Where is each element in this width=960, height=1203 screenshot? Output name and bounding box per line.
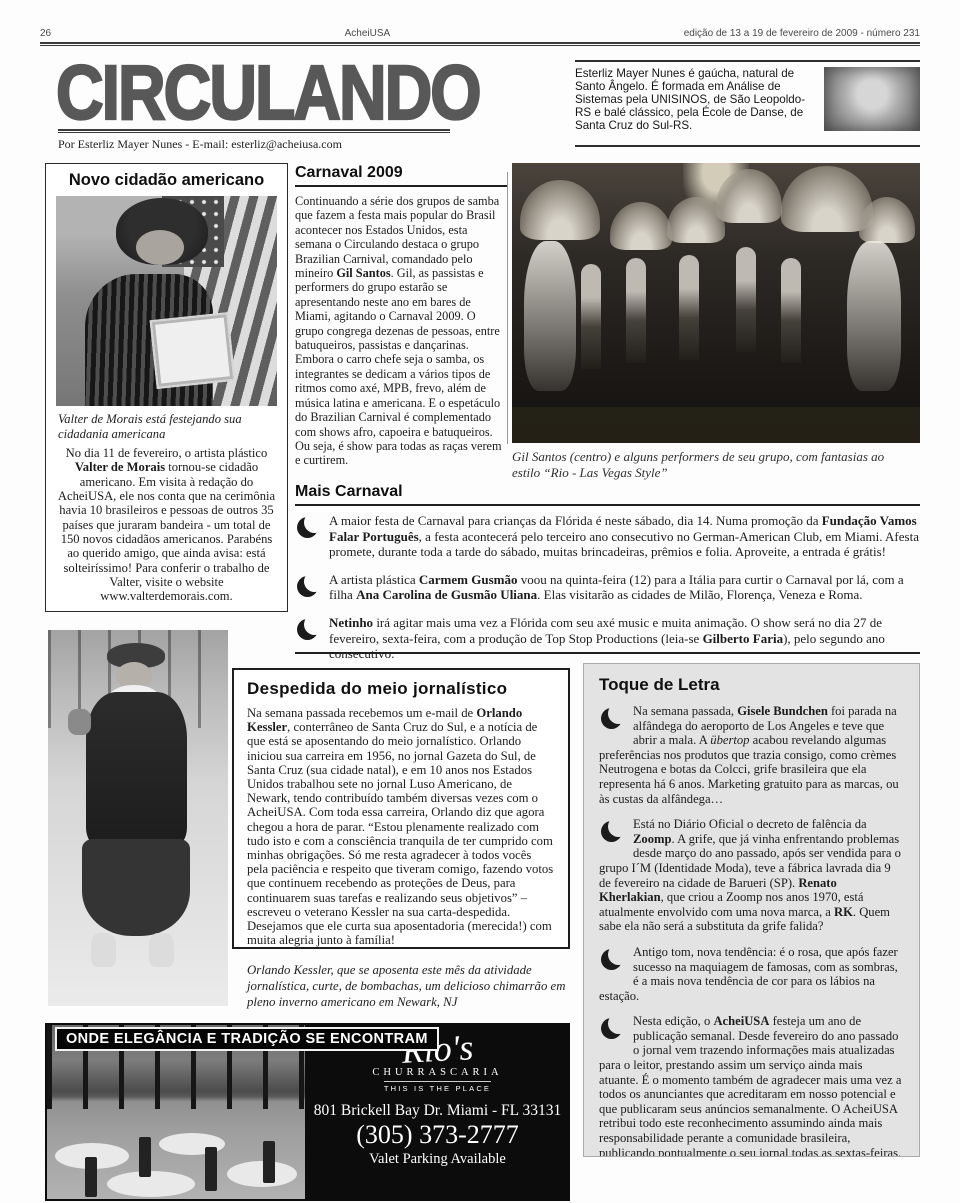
bio-rule-top	[575, 60, 920, 62]
citizenship-certificate	[150, 312, 236, 389]
folio-rule	[40, 42, 920, 46]
performer-cape	[847, 241, 901, 391]
boot	[149, 933, 174, 967]
esterliz-photo	[824, 67, 920, 131]
author-bio: Esterliz Mayer Nunes é gaúcha, natural d…	[575, 67, 821, 132]
crescent-moon-icon	[296, 617, 323, 647]
crescent-moon-icon	[600, 706, 627, 736]
folio-strip: 26 AcheiUSA edição de 13 a 19 de feverei…	[40, 28, 920, 39]
rios-churrascaria-ad: ONDE ELEGÂNCIA E TRADIÇÃO SE ENCONTRAM R…	[45, 1023, 570, 1201]
masthead-name: AcheiUSA	[345, 28, 391, 39]
kessler-photo	[48, 630, 228, 1006]
dark-coat	[86, 692, 187, 846]
chair	[139, 1137, 151, 1177]
carnaval-2009-title: Carnaval 2009	[295, 164, 507, 182]
despedida-body: Na semana passada recebemos um e-mail de…	[247, 706, 555, 947]
crescent-moon-icon	[600, 1016, 627, 1046]
performer-silhouette	[736, 247, 756, 352]
bombachas-pants	[82, 839, 190, 937]
dining-table	[227, 1161, 297, 1187]
bio-rule-bottom	[575, 145, 920, 147]
person-face	[136, 230, 185, 266]
title-rule	[58, 129, 450, 133]
page-number: 26	[40, 28, 51, 39]
column-title: CIRCULANDO	[56, 48, 480, 136]
mais-carnaval-title: Mais Carnaval	[295, 483, 920, 501]
novo-cidadao-box: Novo cidadão americano Valter de Morais …	[45, 163, 288, 612]
news-item: Nesta edição, o AcheiUSA festeja um ano …	[599, 1014, 904, 1157]
toque-de-letra-title: Toque de Letra	[599, 675, 904, 695]
ad-phone: (305) 373-2777	[305, 1120, 570, 1150]
feather-headdress	[610, 202, 672, 250]
crescent-moon-icon	[600, 947, 627, 977]
news-item: Está no Diário Oficial o decreto de falê…	[599, 817, 904, 934]
mais-carnaval-section: Mais Carnaval A maior festa de Carnaval …	[295, 483, 920, 674]
toque-de-letra-box: Toque de Letra Na semana passada, Gisele…	[583, 663, 920, 1157]
novo-cidadao-title: Novo cidadão americano	[52, 171, 281, 190]
dining-table	[107, 1171, 195, 1197]
crescent-moon-icon	[296, 574, 323, 604]
carnival-photo	[512, 163, 920, 443]
valter-photo	[56, 196, 277, 406]
chair	[85, 1157, 97, 1197]
ad-banner: ONDE ELEGÂNCIA E TRADIÇÃO SE ENCONTRAM	[55, 1027, 439, 1051]
performer-silhouette	[626, 258, 646, 363]
novo-cidadao-body: No dia 11 de fevereiro, o artista plásti…	[55, 446, 278, 603]
news-item: Na semana passada, Gisele Bundchen foi p…	[599, 704, 904, 806]
valter-photo-caption: Valter de Morais está festejando sua cid…	[58, 412, 275, 441]
boot	[91, 933, 116, 967]
despedida-title: Despedida do meio jornalístico	[247, 679, 555, 699]
news-item: Netinho irá agitar mais uma vez a Flórid…	[295, 615, 920, 662]
chair	[205, 1147, 217, 1191]
feather-headdress	[520, 180, 600, 240]
performer-silhouette	[781, 258, 801, 363]
crescent-moon-icon	[600, 819, 627, 849]
newspaper-page: 26 AcheiUSA edição de 13 a 19 de feverei…	[0, 0, 960, 1203]
carnaval-2009-body: Continuando a série dos grupos de samba …	[295, 194, 507, 468]
carnaval-2009-heading-row: Carnaval 2009	[295, 164, 507, 187]
news-item: Antigo tom, nova tendência: é o rosa, qu…	[599, 945, 904, 1003]
carnaval-2009-section: Carnaval 2009 Continuando a série dos gr…	[295, 164, 507, 468]
section-rule	[295, 652, 920, 654]
edition-info: edição de 13 a 19 de fevereiro de 2009 -…	[684, 28, 920, 39]
despedida-box: Despedida do meio jornalístico Na semana…	[232, 668, 570, 949]
performer-cape	[524, 241, 576, 391]
news-item: A artista plástica Carmem Gusmão voou na…	[295, 572, 920, 603]
column-divider	[507, 172, 508, 444]
rios-tagline: THIS IS THE PLACE	[384, 1081, 491, 1093]
performer-silhouette	[679, 255, 699, 360]
chair	[263, 1141, 275, 1183]
byline: Por Esterliz Mayer Nunes - E-mail: ester…	[58, 137, 342, 152]
chimarrao-gourd	[68, 709, 91, 735]
mais-carnaval-heading-row: Mais Carnaval	[295, 483, 920, 506]
news-item: A maior festa de Carnaval para crianças …	[295, 513, 920, 560]
kessler-photo-caption: Orlando Kessler, que se aposenta este mê…	[247, 963, 575, 1010]
ad-address: 801 Brickell Bay Dr. Miami - FL 33131	[305, 1102, 570, 1120]
carnival-photo-caption: Gil Santos (centro) e alguns performers …	[512, 449, 914, 480]
ad-valet-note: Valet Parking Available	[305, 1151, 570, 1168]
restaurant-photo	[47, 1025, 305, 1199]
performer-silhouette	[581, 264, 601, 369]
crescent-moon-icon	[296, 515, 323, 545]
